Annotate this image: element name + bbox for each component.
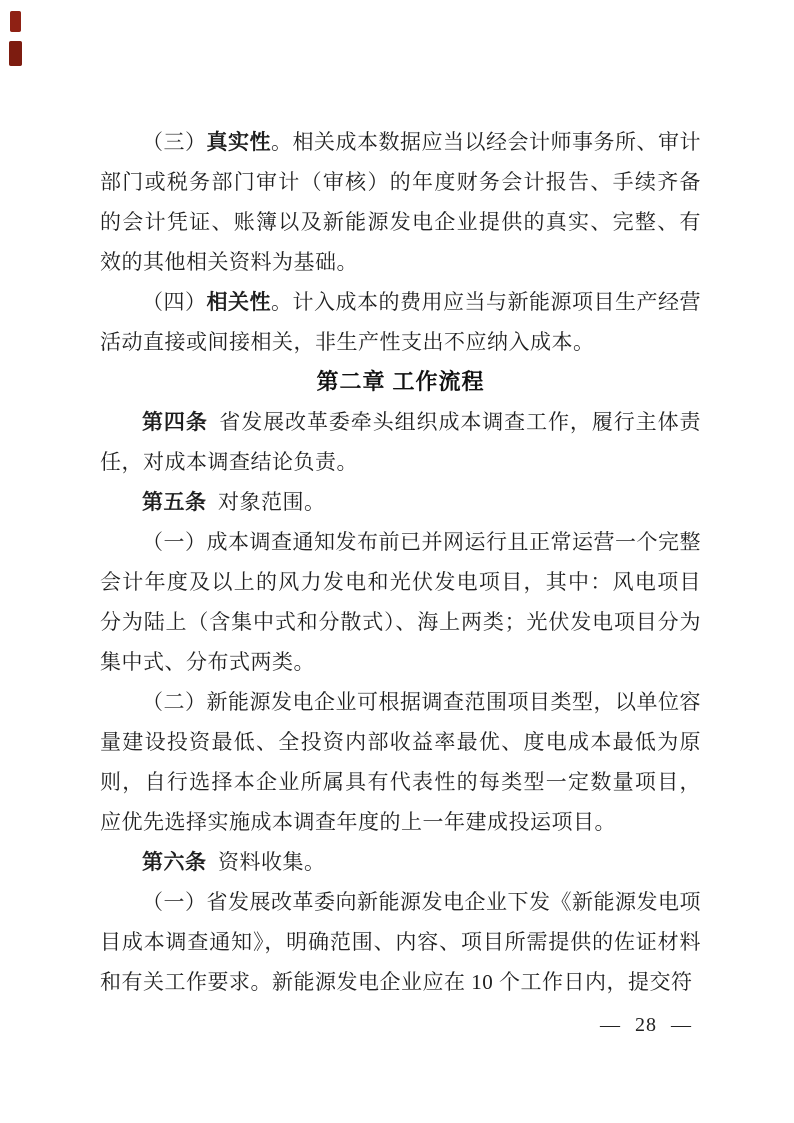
red-artifact-mark-top	[10, 11, 21, 32]
paragraph-scope-item-1: （一）成本调查通知发布前已并网运行且正常运营一个完整会计年度及以上的风力发电和光…	[100, 522, 701, 682]
paragraph-text: （一）成本调查通知发布前已并网运行且正常运营一个完整会计年度及以上的风力发电和光…	[100, 530, 701, 674]
paragraph-text: （二）新能源发电企业可根据调查范围项目类型，以单位容量建设投资最低、全投资内部收…	[100, 690, 701, 834]
item-number: （三）	[142, 130, 207, 154]
paragraph-text: 对象范围。	[218, 490, 326, 514]
document-body: （三）真实性。相关成本数据应当以经会计师事务所、审计部门或税务部门审计（审核）的…	[100, 122, 701, 1002]
paragraph-text: 资料收集。	[218, 850, 326, 874]
document-page: （三）真实性。相关成本数据应当以经会计师事务所、审计部门或税务部门审计（审核）的…	[0, 0, 794, 1123]
paragraph-text: （一）省发展改革委向新能源发电企业下发《新能源发电项目成本调查通知》，明确范围、…	[100, 890, 701, 994]
article-number: 第四条	[142, 410, 208, 434]
paragraph-article-4: 第四条省发展改革委牵头组织成本调查工作，履行主体责任，对成本调查结论负责。	[100, 402, 701, 482]
paragraph-article-6: 第六条资料收集。	[100, 842, 701, 882]
paragraph-collection-item-1: （一）省发展改革委向新能源发电企业下发《新能源发电项目成本调查通知》，明确范围、…	[100, 882, 701, 1002]
paragraph-article-5: 第五条对象范围。	[100, 482, 701, 522]
item-number: （四）	[142, 290, 207, 314]
paragraph-principle-relevance: （四）相关性。计入成本的费用应当与新能源项目生产经营活动直接或间接相关，非生产性…	[100, 282, 701, 362]
chapter-heading: 第二章 工作流程	[100, 362, 701, 402]
article-number: 第五条	[142, 490, 207, 514]
red-artifact-mark-bottom	[9, 41, 22, 66]
paragraph-scope-item-2: （二）新能源发电企业可根据调查范围项目类型，以单位容量建设投资最低、全投资内部收…	[100, 682, 701, 842]
page-number: — 28 —	[600, 1008, 692, 1042]
principle-term: 相关性	[207, 290, 272, 314]
article-number: 第六条	[142, 850, 207, 874]
paragraph-principle-authenticity: （三）真实性。相关成本数据应当以经会计师事务所、审计部门或税务部门审计（审核）的…	[100, 122, 701, 282]
principle-term: 真实性	[207, 130, 272, 154]
